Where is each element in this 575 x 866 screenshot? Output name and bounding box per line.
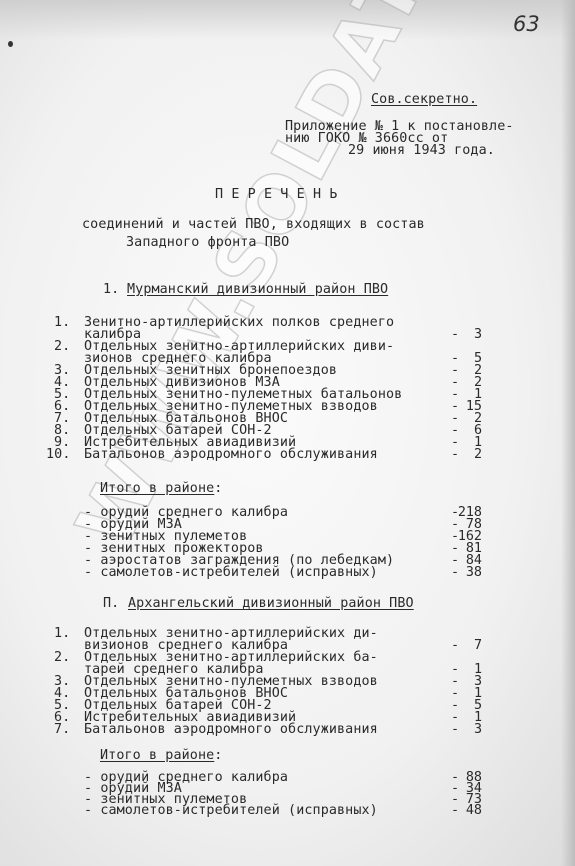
totals-heading: Итого в районе:: [100, 749, 222, 762]
totals-heading-text: Итого в районе: [100, 748, 214, 763]
document-title: П Е Р Е Ч Е Н Ь: [215, 188, 337, 201]
item-number: 1.: [54, 316, 70, 329]
total-label: - самолетов-истребителей (исправных): [84, 804, 378, 817]
section-number: 1.: [103, 283, 119, 296]
subtitle-line-2: Западного фронта ПВО: [126, 236, 289, 249]
section-heading: Мурманский дивизионный район ПВО: [127, 283, 388, 296]
scan-shadow: [0, 0, 575, 40]
appendix-line-3: 29 июня 1943 года.: [348, 144, 495, 157]
item-count: 7: [442, 639, 482, 652]
item-label: Батальонов аэродромного обслуживания: [84, 723, 378, 736]
item-number: 10.: [46, 448, 71, 461]
punch-mark: [8, 41, 13, 47]
total-value: 38: [442, 566, 482, 579]
section-number: П.: [103, 597, 119, 610]
item-number: 2.: [54, 340, 70, 353]
scan-edge: [561, 0, 575, 866]
page-number: 63: [513, 12, 540, 36]
total-value: 48: [442, 804, 482, 817]
item-count: 2: [442, 448, 482, 461]
total-label: - самолетов-истребителей (исправных): [84, 566, 378, 579]
subtitle-line-1: соединений и частей ПВО, входящих в сост…: [82, 218, 425, 231]
totals-heading: Итого в районе:: [100, 482, 222, 495]
totals-heading-text: Итого в районе: [100, 481, 214, 496]
document-page: WWW.SOLDAT.RU 63 Сов.секретно. Приложени…: [0, 0, 575, 866]
classification-stamp: Сов.секретно.: [371, 93, 477, 106]
item-count: 3: [442, 723, 482, 736]
item-number: 2.: [54, 651, 70, 664]
item-number: 1.: [54, 627, 70, 640]
item-number: 7.: [54, 723, 70, 736]
item-label: Батальонов аэродромного обслуживания: [84, 448, 378, 461]
section-heading: Архангельский дивизионный район ПВО: [128, 597, 414, 610]
item-count: 3: [442, 328, 482, 341]
